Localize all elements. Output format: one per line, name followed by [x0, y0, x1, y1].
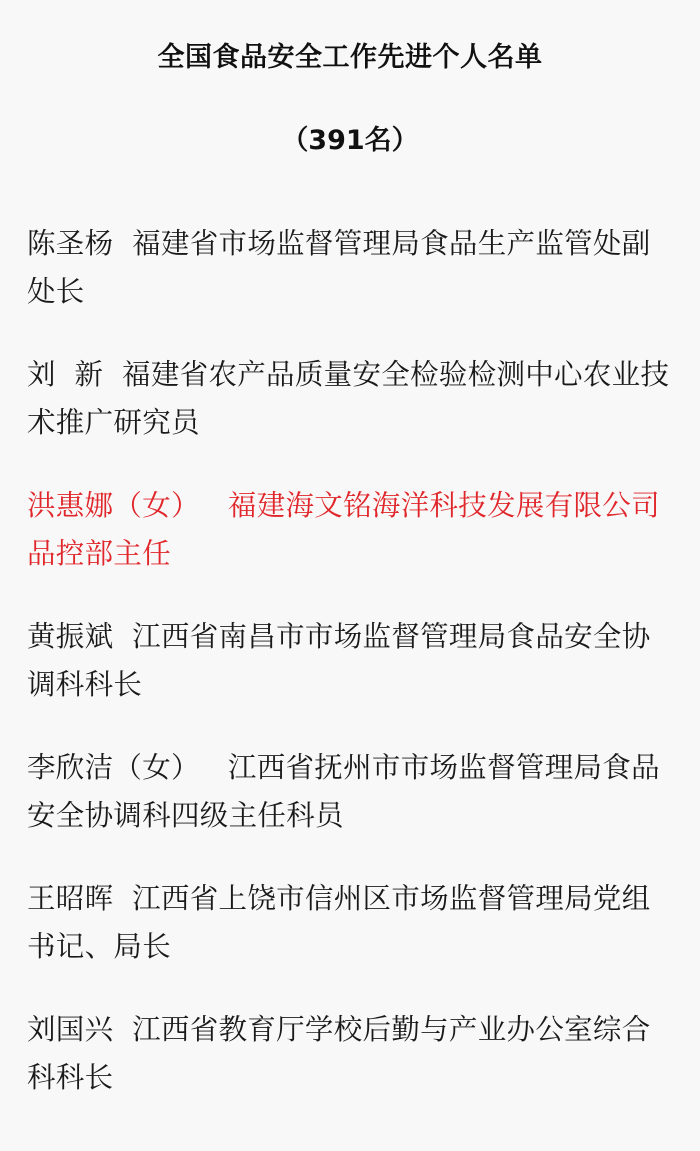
honoree-entry: 黄振斌 江西省南昌市市场监督管理局食品安全协调科科长 — [27, 613, 678, 709]
honoree-position: 福建省农产品质量安全检验检测中心农业技术推广研究员 — [27, 358, 669, 439]
honoree-entry: 刘国兴 江西省教育厅学校后勤与产业办公室综合科科长 — [27, 1006, 678, 1102]
name-separator — [113, 882, 132, 915]
name-separator — [200, 751, 228, 784]
honoree-name: 洪惠娜（女） — [27, 489, 200, 522]
document-page: 全国食品安全工作先进个人名单 （391名） 陈圣杨 福建省市场监督管理局食品生产… — [0, 0, 700, 1151]
honoree-name: 刘国兴 — [27, 1013, 113, 1046]
document-title: 全国食品安全工作先进个人名单 — [0, 38, 700, 78]
name-separator — [103, 358, 122, 391]
name-separator — [113, 1013, 132, 1046]
name-separator — [113, 620, 132, 653]
honoree-entry: 王昭晖 江西省上饶市信州区市场监督管理局党组书记、局长 — [27, 875, 678, 971]
name-separator — [113, 227, 132, 260]
honoree-entry: 李欣洁（女） 江西省抚州市市场监督管理局食品安全协调科四级主任科员 — [27, 744, 678, 840]
honoree-name: 黄振斌 — [27, 620, 113, 653]
honoree-name: 陈圣杨 — [27, 227, 113, 260]
honoree-entry-highlighted: 洪惠娜（女） 福建海文铭海洋科技发展有限公司品控部主任 — [27, 482, 678, 578]
honoree-name: 李欣洁（女） — [27, 751, 200, 784]
honoree-name: 刘 新 — [27, 358, 103, 391]
honoree-name: 王昭晖 — [27, 882, 113, 915]
name-separator — [200, 489, 228, 522]
honoree-entry: 陈圣杨 福建省市场监督管理局食品生产监管处副处长 — [27, 220, 678, 316]
document-subtitle-count: （391名） — [0, 121, 700, 161]
honoree-list: 陈圣杨 福建省市场监督管理局食品生产监管处副处长 刘 新 福建省农产品质量安全检… — [27, 220, 678, 1137]
honoree-entry: 刘 新 福建省农产品质量安全检验检测中心农业技术推广研究员 — [27, 351, 678, 447]
